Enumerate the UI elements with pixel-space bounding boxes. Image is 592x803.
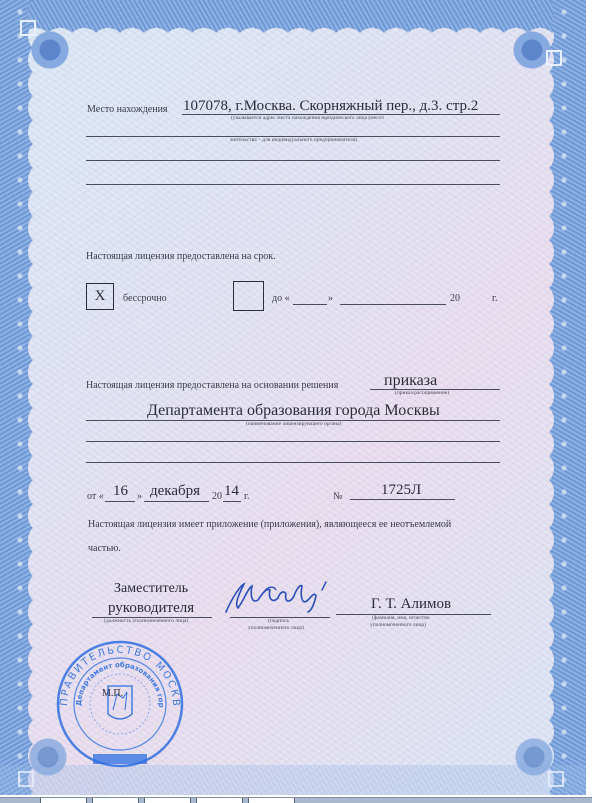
date-year-line	[223, 501, 241, 502]
border-top	[0, 0, 586, 38]
signer-name-hint-1: (фамилия, имя, отчество	[372, 615, 430, 621]
appendix-text-2: частью.	[88, 543, 121, 554]
date-month: декабря	[150, 483, 200, 500]
checkbox-indefinite-mark: Х	[95, 288, 106, 305]
authority-line-2	[86, 441, 500, 442]
signer-position-1: Заместитель	[114, 581, 188, 597]
checkbox-indefinite[interactable]: Х	[86, 283, 114, 310]
date-prefix: от «	[87, 491, 104, 502]
corner-ornament-icon	[20, 20, 80, 80]
right-margin	[586, 0, 592, 797]
signature-hint-1: (подпись	[268, 618, 289, 624]
term-until-prefix: до «	[272, 293, 290, 304]
signer-name: Г. Т. Алимов	[371, 596, 451, 613]
checkbox-until[interactable]	[233, 281, 264, 311]
term-until-year-suffix: г.	[492, 293, 497, 304]
date-year: 14	[224, 483, 239, 500]
authority-hint: (наименование лицензирующего органа)	[246, 421, 341, 427]
signature-icon	[222, 578, 332, 618]
authority-line-3	[86, 462, 500, 463]
bottom-tab[interactable]	[144, 798, 191, 803]
signer-name-hint-2: уполномоченного лица)	[370, 622, 426, 628]
border-left	[0, 0, 38, 795]
bottom-tab[interactable]	[248, 798, 295, 803]
location-line-4	[86, 184, 500, 185]
bottom-tab[interactable]	[196, 798, 243, 803]
date-day-line	[105, 501, 135, 502]
signature-hint-2: уполномоченного лица)	[248, 625, 304, 631]
stamp-label: М.П.	[102, 688, 123, 699]
location-label: Место нахождения	[87, 104, 168, 115]
corner-ornament-icon	[502, 20, 562, 80]
term-until-quote: »	[328, 293, 333, 304]
number-value: 1725Л	[381, 482, 421, 499]
date-quote-close: »	[137, 491, 142, 502]
bottom-tab[interactable]	[92, 798, 139, 803]
term-until-day-line	[293, 304, 327, 305]
date-day: 16	[113, 483, 128, 500]
number-underline	[350, 499, 455, 500]
location-hint-1: (указывается адрес места нахождения юрид…	[231, 115, 384, 121]
license-page: Место нахождения 107078, г.Москва. Скорн…	[0, 0, 586, 795]
tab-strip-spacer	[0, 798, 40, 803]
location-hint-2: жительства – для индивидуального предпри…	[230, 137, 357, 143]
signer-position-hint: (должность уполномоченного лица)	[104, 618, 188, 624]
term-heading: Настоящая лицензия предоставлена на срок…	[86, 251, 276, 262]
location-value: 107078, г.Москва. Скорняжный пер., д.3. …	[183, 98, 478, 115]
corner-ornament-icon	[504, 727, 564, 787]
date-year-prefix: 20	[212, 491, 222, 502]
term-indefinite-label: бессрочно	[123, 293, 167, 304]
authority-value: Департамента образования города Москвы	[147, 402, 440, 420]
basis-hint: (приказ/распоряжение)	[395, 390, 449, 396]
bottom-tab-strip	[0, 797, 592, 803]
signer-position-2: руководителя	[108, 600, 194, 617]
appendix-text-1: Настоящая лицензия имеет приложение (при…	[88, 519, 451, 530]
basis-label: Настоящая лицензия предоставлена на осно…	[86, 380, 338, 391]
official-seal-icon: ПРАВИТЕЛЬСТВО МОСКВЫ Департамент образов…	[45, 636, 195, 771]
date-year-suffix: г.	[244, 491, 249, 502]
basis-value: приказа	[384, 372, 437, 390]
number-label: №	[333, 491, 343, 502]
term-until-month-line	[340, 304, 446, 305]
location-line-3	[86, 160, 500, 161]
bottom-tab[interactable]	[40, 798, 87, 803]
date-month-line	[144, 501, 209, 502]
term-until-year-prefix: 20	[450, 293, 460, 304]
border-right	[544, 0, 586, 795]
